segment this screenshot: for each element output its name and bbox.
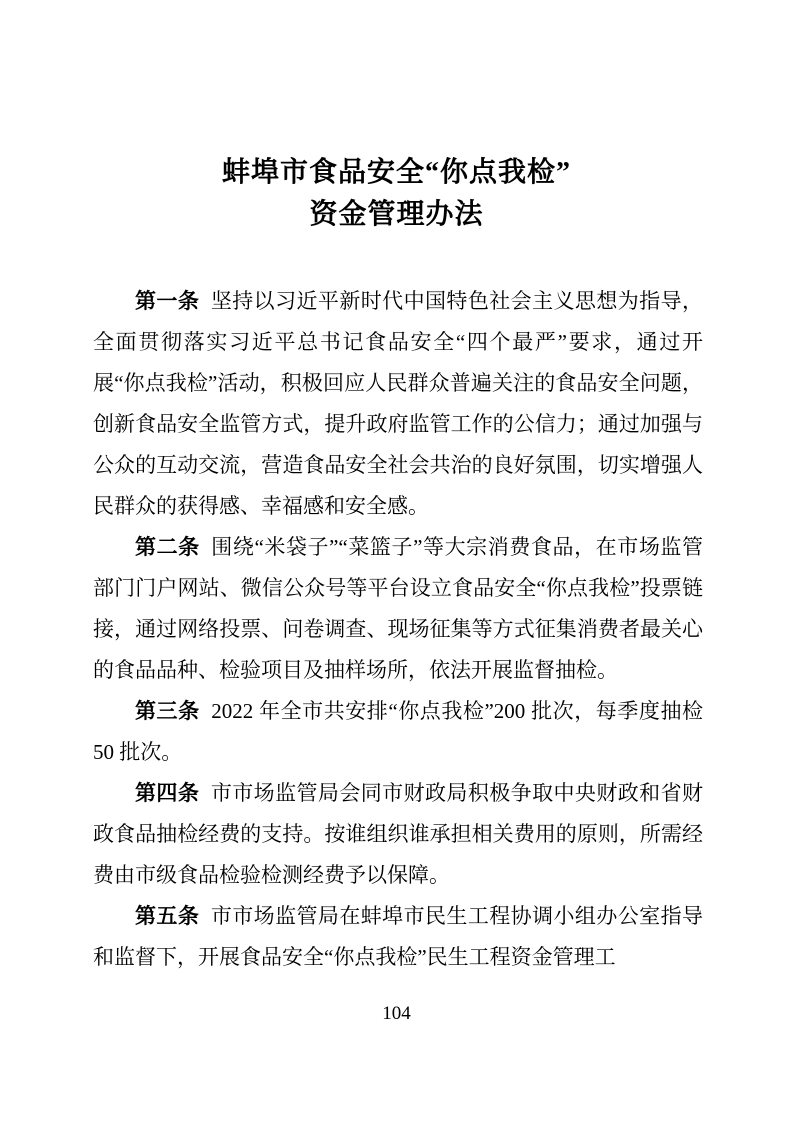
page-number: 104 [0, 1002, 793, 1026]
document-title: 蚌埠市食品安全“你点我检” 资金管理办法 [0, 152, 793, 236]
article-paragraph-2: 第二条围绕“米袋子”“菜篮子”等大宗消费食品，在市场监管部门门户网站、微信公众号… [93, 527, 703, 691]
document-body: 第一条坚持以习近平新时代中国特色社会主义思想为指导，全面贯彻落实习近平总书记食品… [93, 281, 703, 978]
document-page: 蚌埠市食品安全“你点我检” 资金管理办法 第一条坚持以习近平新时代中国特色社会主… [0, 0, 793, 1122]
article-paragraph-4: 第四条市市场监管局会同市财政局积极争取中央财政和省财政食品抽检经费的支持。按谁组… [93, 773, 703, 896]
article-1-label: 第一条 [135, 289, 199, 313]
article-paragraph-3: 第三条2022 年全市共安排“你点我检”200 批次，每季度抽检 50 批次。 [93, 691, 703, 773]
article-4-label: 第四条 [135, 781, 199, 805]
article-2-label: 第二条 [135, 535, 200, 559]
article-5-label: 第五条 [135, 904, 199, 928]
article-paragraph-5: 第五条市市场监管局在蚌埠市民生工程协调小组办公室指导和监督下，开展食品安全“你点… [93, 896, 703, 978]
article-3-label: 第三条 [135, 699, 200, 723]
document-title-line1: 蚌埠市食品安全“你点我检” [0, 152, 793, 194]
article-1-text: 坚持以习近平新时代中国特色社会主义思想为指导，全面贯彻落实习近平总书记食品安全“… [93, 289, 703, 518]
document-title-line2: 资金管理办法 [0, 194, 793, 236]
article-paragraph-1: 第一条坚持以习近平新时代中国特色社会主义思想为指导，全面贯彻落实习近平总书记食品… [93, 281, 703, 527]
